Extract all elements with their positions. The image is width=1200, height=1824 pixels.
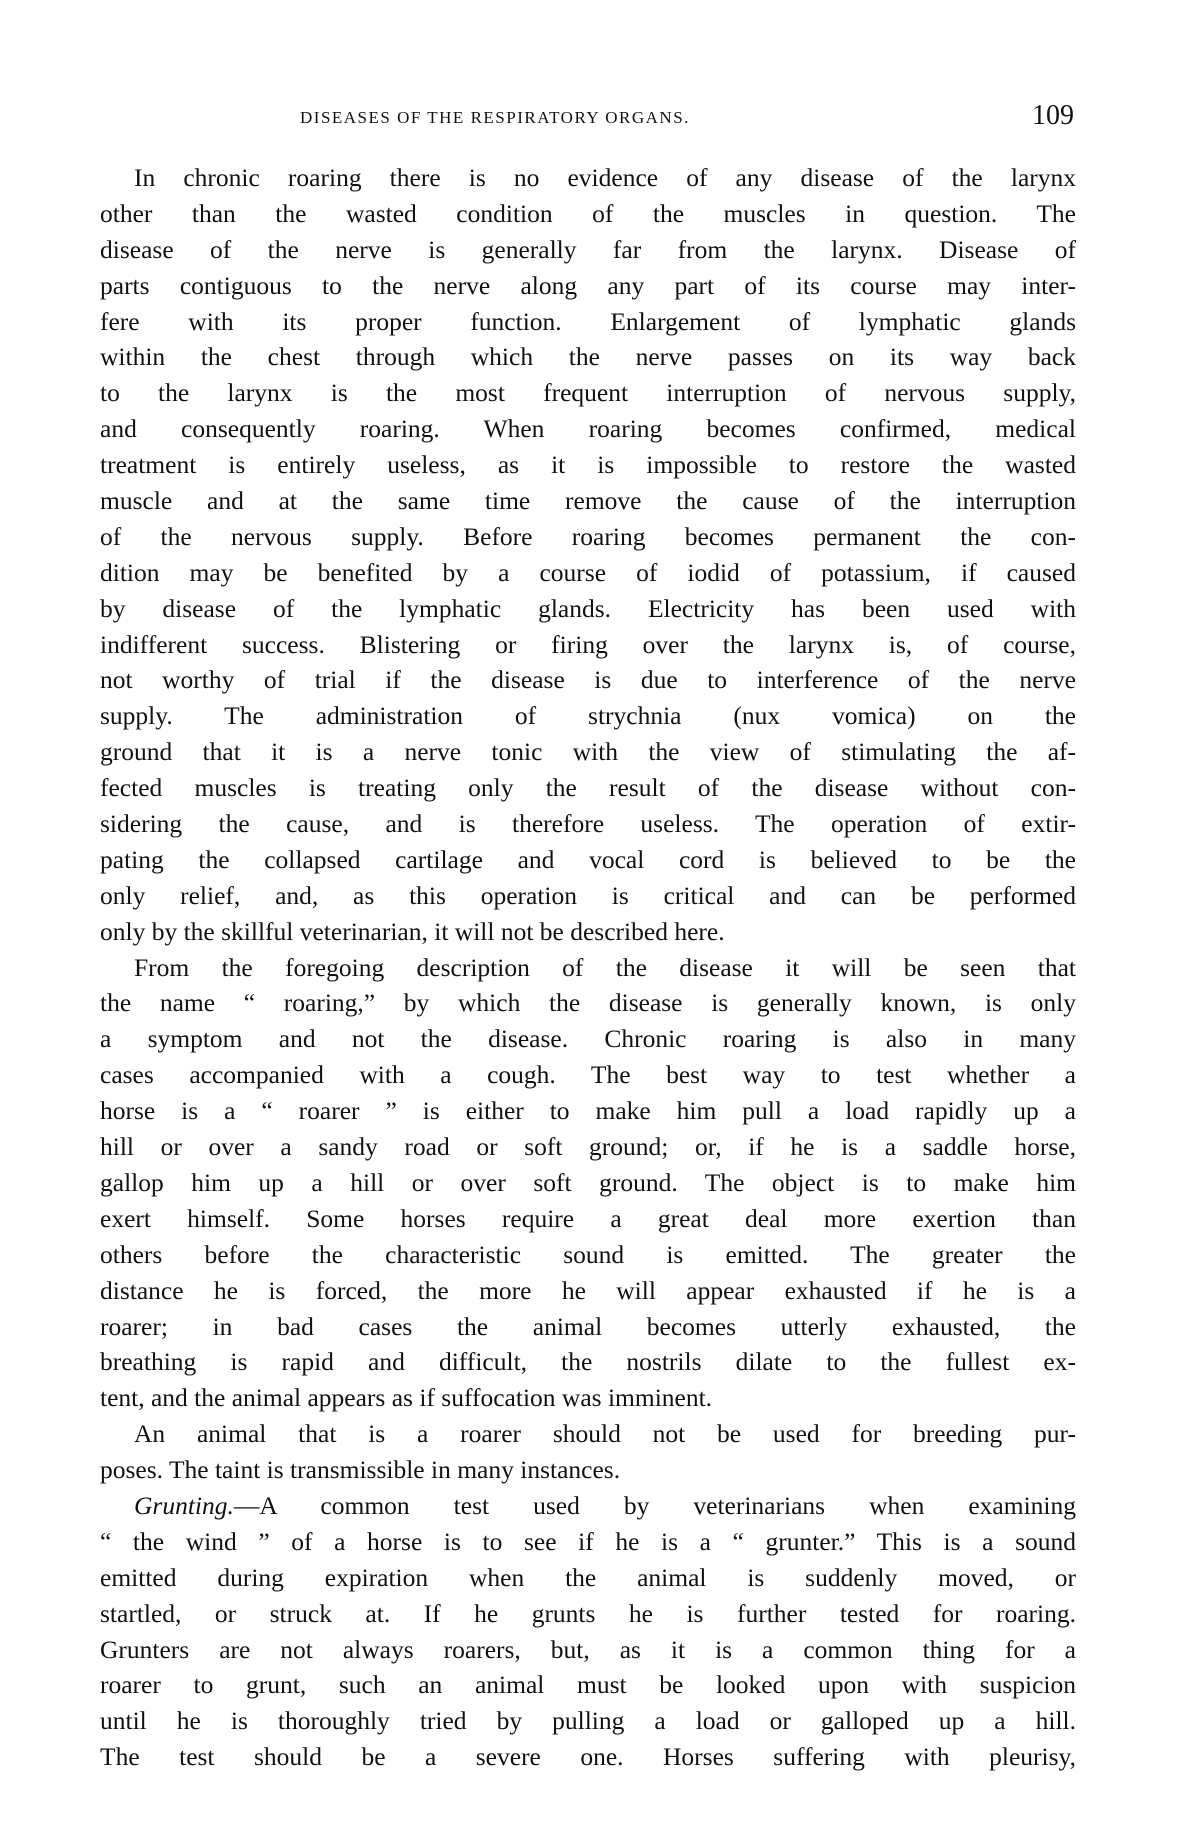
text-line: roarer to grunt, such an animal must be … <box>100 1667 1076 1703</box>
text-line: dition may be benefited by a course of i… <box>100 555 1076 591</box>
text-line: Grunters are not always roarers, but, as… <box>100 1632 1076 1668</box>
running-title: DISEASES OF THE RESPIRATORY ORGANS. <box>300 108 690 128</box>
text-line: cases accompanied with a cough. The best… <box>100 1057 1076 1093</box>
text-line: poses. The taint is transmissible in man… <box>100 1452 1076 1488</box>
text-line: indifferent success. Blistering or firin… <box>100 627 1076 663</box>
text-line: by disease of the lymphatic glands. Elec… <box>100 591 1076 627</box>
text-line: ground that it is a nerve tonic with the… <box>100 734 1076 770</box>
page-body: In chronic roaring there is no evidence … <box>100 160 1076 1775</box>
text-line: hill or over a sandy road or soft ground… <box>100 1129 1076 1165</box>
text-line: gallop him up a hill or over soft ground… <box>100 1165 1076 1201</box>
text-line: fere with its proper function. Enlargeme… <box>100 304 1076 340</box>
text-line: “ the wind ” of a horse is to see if he … <box>100 1524 1076 1560</box>
text-line: An animal that is a roarer should not be… <box>100 1416 1076 1452</box>
text-line: other than the wasted condition of the m… <box>100 196 1076 232</box>
text-line: only by the skillful veterinarian, it wi… <box>100 914 1076 950</box>
paragraph-grunting: Grunting.—A common test used by veterina… <box>100 1488 1076 1775</box>
text-line: supply. The administration of strychnia … <box>100 698 1076 734</box>
text-line: only relief, and, as this operation is c… <box>100 878 1076 914</box>
paragraph-chronic-roaring: In chronic roaring there is no evidence … <box>100 160 1076 950</box>
text-line: others before the characteristic sound i… <box>100 1237 1076 1273</box>
text-line: the name “ roaring,” by which the diseas… <box>100 985 1076 1021</box>
text-line: breathing is rapid and difficult, the no… <box>100 1344 1076 1380</box>
section-heading-grunting: Grunting. <box>134 1491 234 1520</box>
text-line: sidering the cause, and is therefore use… <box>100 806 1076 842</box>
text-line: From the foregoing description of the di… <box>100 950 1076 986</box>
text-line: disease of the nerve is generally far fr… <box>100 232 1076 268</box>
text-span: —A common test used by veterinarians whe… <box>234 1491 1076 1520</box>
text-line: The test should be a severe one. Horses … <box>100 1739 1076 1775</box>
text-line: a symptom and not the disease. Chronic r… <box>100 1021 1076 1057</box>
text-line: exert himself. Some horses require a gre… <box>100 1201 1076 1237</box>
page-number: 109 <box>1032 100 1074 132</box>
text-line: within the chest through which the nerve… <box>100 339 1076 375</box>
text-line: distance he is forced, the more he will … <box>100 1273 1076 1309</box>
paragraph-testing-roarer: From the foregoing description of the di… <box>100 950 1076 1417</box>
text-line: roarer; in bad cases the animal becomes … <box>100 1309 1076 1345</box>
paragraph-breeding: An animal that is a roarer should not be… <box>100 1416 1076 1488</box>
running-head: DISEASES OF THE RESPIRATORY ORGANS. 109 <box>100 100 1076 136</box>
text-line: startled, or struck at. If he grunts he … <box>100 1596 1076 1632</box>
text-line: horse is a “ roarer ” is either to make … <box>100 1093 1076 1129</box>
text-line: parts contiguous to the nerve along any … <box>100 268 1076 304</box>
text-line: muscle and at the same time remove the c… <box>100 483 1076 519</box>
text-line: Grunting.—A common test used by veterina… <box>100 1488 1076 1524</box>
text-line: treatment is entirely useless, as it is … <box>100 447 1076 483</box>
text-line: not worthy of trial if the disease is du… <box>100 662 1076 698</box>
text-line: to the larynx is the most frequent inter… <box>100 375 1076 411</box>
text-line: fected muscles is treating only the resu… <box>100 770 1076 806</box>
text-line: and consequently roaring. When roaring b… <box>100 411 1076 447</box>
text-line: of the nervous supply. Before roaring be… <box>100 519 1076 555</box>
text-line: In chronic roaring there is no evidence … <box>100 160 1076 196</box>
text-line: pating the collapsed cartilage and vocal… <box>100 842 1076 878</box>
text-line: tent, and the animal appears as if suffo… <box>100 1380 1076 1416</box>
text-line: until he is thoroughly tried by pulling … <box>100 1703 1076 1739</box>
text-line: emitted during expiration when the anima… <box>100 1560 1076 1596</box>
